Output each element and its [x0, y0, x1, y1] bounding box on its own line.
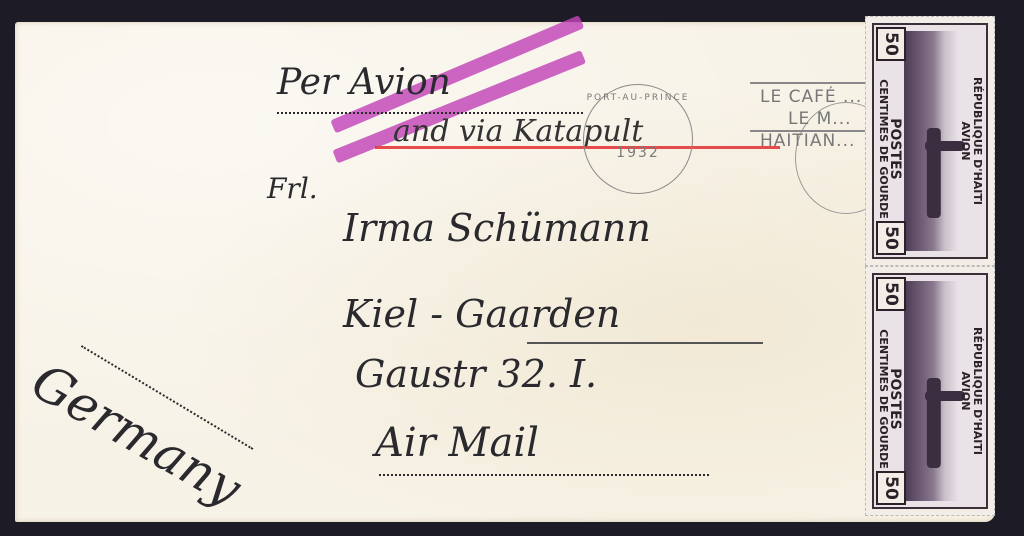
- stamp-type: AVION: [959, 372, 972, 411]
- slogan-line-3: HAITIAN...: [760, 130, 862, 152]
- stamp-vignette: [904, 281, 958, 501]
- circular-postmark: PORT-AU-PRINCE 1932: [583, 84, 693, 194]
- postmark-city: PORT-AU-PRINCE: [584, 93, 692, 103]
- stamp-country: RÉPUBLIQUE D'HAITI: [971, 77, 984, 205]
- service-underline: [379, 468, 709, 476]
- recipient-street: Gaustr 32. I.: [355, 352, 597, 396]
- city-underline: [527, 342, 763, 344]
- stamp-type: AVION: [959, 122, 972, 161]
- stamp-denomination: CENTIMES DE GOURDE: [877, 79, 890, 219]
- recipient-name: Irma Schümann: [343, 206, 651, 250]
- stamp-vignette: [904, 31, 958, 251]
- stamp-value-top: 50: [876, 277, 906, 311]
- slogan-cancel-text: LE CAFÉ ... LE M... HAITIAN...: [760, 86, 862, 152]
- slogan-cancel-bar: [750, 130, 870, 132]
- airmail-stamp: 50 50 POSTESCENTIMES DE GOURDE RÉPUBLIQU…: [865, 266, 995, 516]
- routing-underline: [277, 106, 583, 114]
- stamp-denomination: CENTIMES DE GOURDE: [877, 329, 890, 469]
- slogan-cancel-bar: [750, 82, 870, 84]
- envelope: Per Avion and via Katapult PORT-AU-PRINC…: [15, 22, 995, 522]
- airmail-stamp: 50 50 POSTESCENTIMES DE GOURDE RÉPUBLIQU…: [865, 16, 995, 266]
- routing-line-1: Per Avion: [277, 62, 451, 103]
- red-crayon-underline: [375, 146, 780, 149]
- recipient-city: Kiel - Gaarden: [343, 292, 620, 336]
- slogan-line-2: LE M...: [760, 108, 862, 130]
- stamp-country: RÉPUBLIQUE D'HAITI: [971, 327, 984, 455]
- recipient-title: Frl.: [267, 172, 318, 205]
- stamp-value-top: 50: [876, 27, 906, 61]
- postmark-year: 1932: [584, 145, 692, 161]
- slogan-line-1: LE CAFÉ ...: [760, 86, 862, 108]
- recipient-service: Air Mail: [375, 420, 539, 466]
